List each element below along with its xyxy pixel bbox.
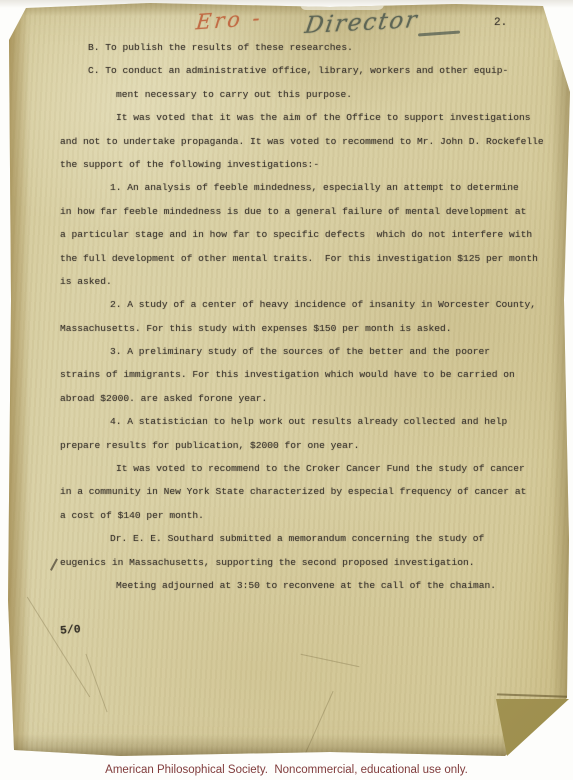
typed-line: is asked. <box>0 270 573 293</box>
typed-line: 2. A study of a center of heavy incidenc… <box>0 293 573 316</box>
crease-line <box>85 654 107 713</box>
typed-line: a particular stage and in how far to spe… <box>0 223 573 246</box>
crease-line <box>301 654 360 667</box>
typed-line: strains of immigrants. For this investig… <box>0 363 573 386</box>
typed-line: Meeting adjourned at 3:50 to reconvene a… <box>0 574 573 597</box>
typed-line: It was voted that it was the aim of the … <box>0 106 573 129</box>
typed-line: It was voted to recommend to the Croker … <box>0 457 573 480</box>
handwritten-annotation-ero: Ero - <box>195 6 264 35</box>
typed-line: abroad $2000. are asked forone year. <box>0 387 573 410</box>
scanned-document-image: Ero - Director 2. B. To publish the resu… <box>0 0 573 780</box>
typed-text: B. To publish the results of these resea… <box>0 36 573 597</box>
typed-line: prepare results for publication, $2000 f… <box>0 434 573 457</box>
typed-line: 1. An analysis of feeble mindedness, esp… <box>0 176 573 199</box>
typed-line: ment necessary to carry out this purpose… <box>0 83 573 106</box>
typed-line: in a community in New York State charact… <box>0 480 573 503</box>
document-page: Ero - Director 2. B. To publish the resu… <box>0 0 573 762</box>
typed-line: a cost of $140 per month. <box>0 504 573 527</box>
typist-initials: 5/0 <box>60 623 82 637</box>
crease-line <box>27 597 90 698</box>
paper-top-edge <box>0 0 573 16</box>
typed-line: the support of the following investigati… <box>0 153 573 176</box>
typed-line: 4. A statistician to help work out resul… <box>0 410 573 433</box>
typed-line: C. To conduct an administrative office, … <box>0 59 573 82</box>
handwritten-annotation-director: Director <box>303 7 420 39</box>
typed-line: the full development of other mental tra… <box>0 247 573 270</box>
typed-line: Dr. E. E. Southard submitted a memorandu… <box>0 527 573 550</box>
archive-caption: American Philosophical Society. Noncomme… <box>105 764 468 776</box>
paper-bottom-edge <box>0 734 573 762</box>
footer-bar: American Philosophical Society. Noncomme… <box>0 760 573 780</box>
typed-line: eugenics in Massachusetts, supporting th… <box>0 551 573 574</box>
typed-line: in how far feeble mindedness is due to a… <box>0 200 573 223</box>
typed-line: and not to undertake propaganda. It was … <box>0 130 573 153</box>
typed-line: Massachusetts. For this study with expen… <box>0 317 573 340</box>
typed-line: B. To publish the results of these resea… <box>0 36 573 59</box>
typed-line: 3. A preliminary study of the sources of… <box>0 340 573 363</box>
page-number: 2. <box>494 17 507 29</box>
